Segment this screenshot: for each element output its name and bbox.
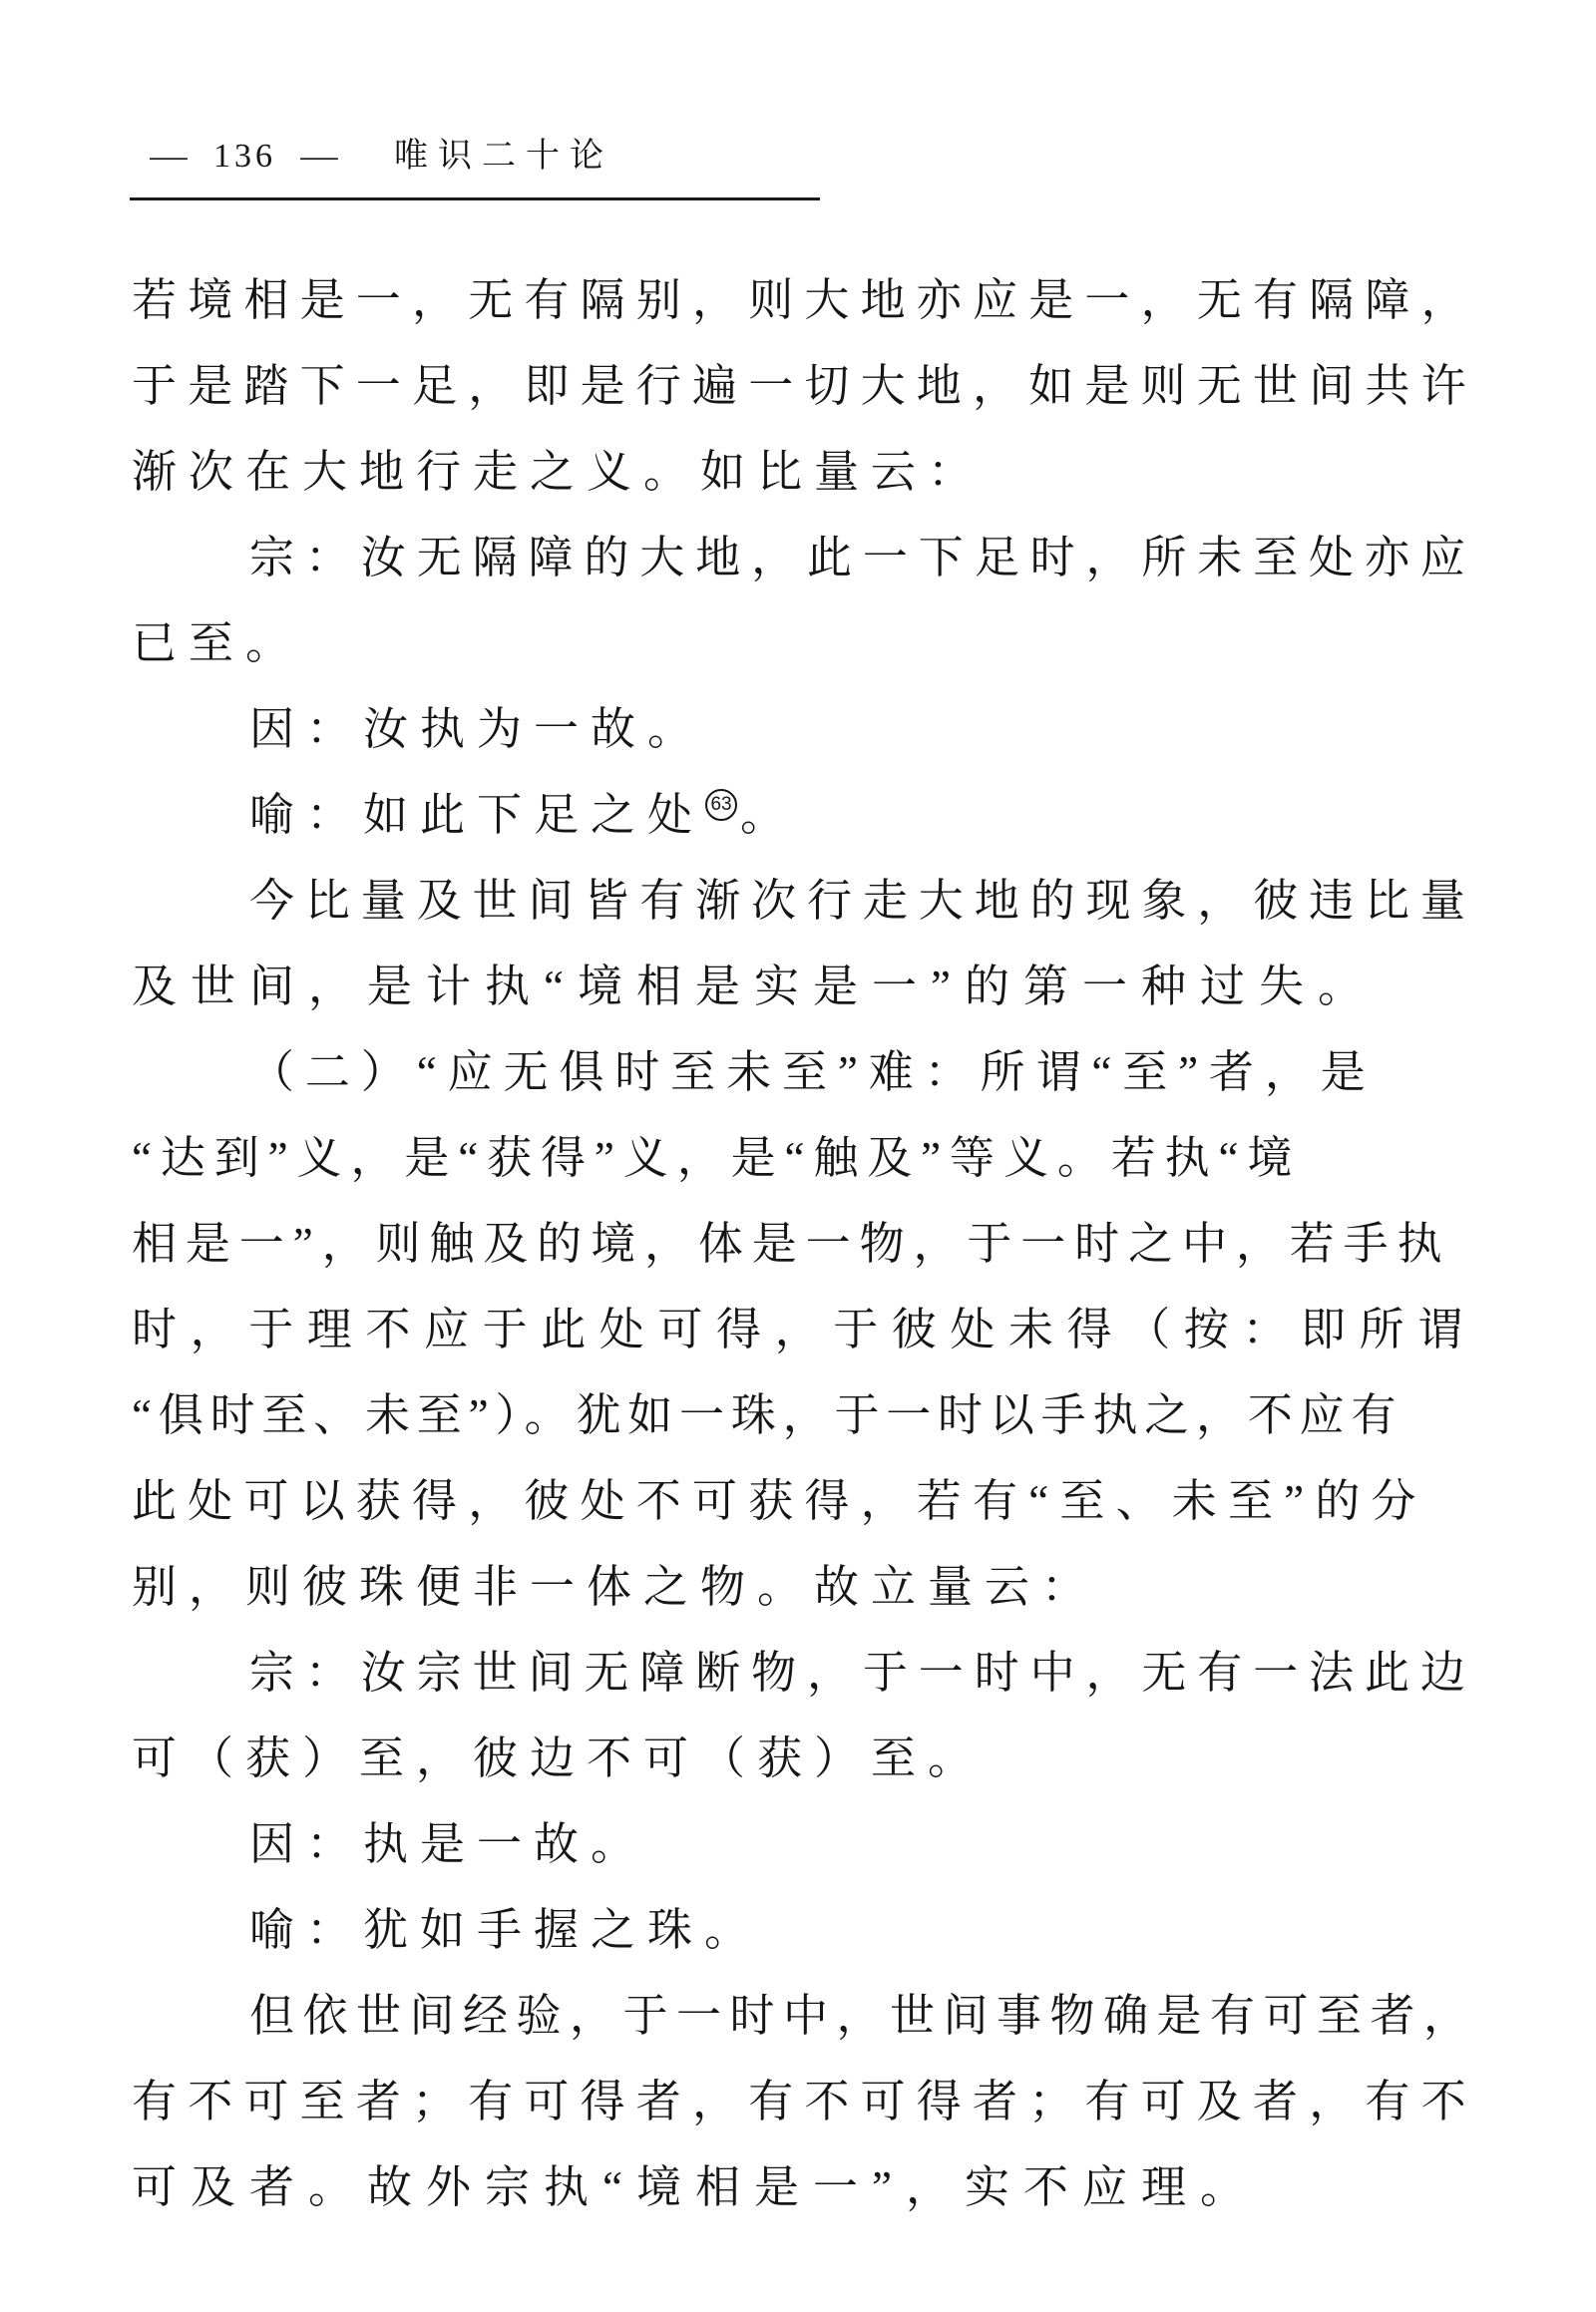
text-line: “俱时至、未至”）。犹如一珠，于一时以手执之，不应有	[132, 1372, 1476, 1458]
header-dash-left: —	[150, 138, 190, 176]
text-run: 已至。	[132, 618, 302, 668]
text-line: 别，则彼珠便非一体之物。故立量云：	[132, 1544, 1476, 1630]
text-run: 及世间，是计执“境相是实是一”的第一种过失。	[132, 962, 1377, 1011]
text-line: 因：执是一故。	[132, 1801, 1476, 1887]
header-dash-right: —	[300, 138, 340, 176]
text-line: 及世间，是计执“境相是实是一”的第一种过失。	[132, 944, 1476, 1029]
text-line: 但依世间经验，于一时中，世间事物确是有可至者，	[132, 1973, 1476, 2059]
text-run: 但依世间经验，于一时中，世间事物确是有可至者，	[249, 1991, 1477, 2041]
text-line: 于是踏下一足，即是行遍一切大地，如是则无世间共许	[132, 343, 1476, 429]
text-run: “达到”义，是“获得”义，是“触及”等义。若执“境	[132, 1133, 1301, 1183]
text-run: 宗：汝无隔障的大地，此一下足时，所未至处亦应	[249, 533, 1476, 582]
scanned-book-page: —136—唯识二十论 若境相是一，无有隔别，则大地亦应是一，无有隔障，于是踏下一…	[0, 0, 1596, 2312]
text-run: 喻：犹如手握之珠。	[249, 1905, 761, 1955]
text-run: 若境相是一，无有隔别，则大地亦应是一，无有隔障，	[132, 275, 1477, 325]
text-run: 别，则彼珠便非一体之物。故立量云：	[132, 1562, 1098, 1612]
text-run: 今比量及世间皆有渐次行走大地的现象，彼违比量	[249, 876, 1476, 926]
text-line: 可（获）至，彼边不可（获）至。	[132, 1716, 1476, 1801]
text-run: 有不可至者；有可得者，有不可得者；有可及者，有不	[132, 2077, 1477, 2126]
text-line: 有不可至者；有可得者，有不可得者；有可及者，有不	[132, 2059, 1476, 2144]
text-run: “俱时至、未至”）。犹如一珠，于一时以手执之，不应有	[132, 1390, 1402, 1440]
text-run: 渐次在大地行走之义。如比量云：	[132, 447, 985, 497]
text-run: （二）“应无俱时至未至”难：所谓“至”者，是	[249, 1047, 1377, 1097]
text-run: 此处可以获得，彼处不可获得，若有“至、未至”的分	[132, 1476, 1427, 1526]
text-run: 相是一”，则触及的境，体是一物，于一时之中，若手执	[132, 1219, 1450, 1269]
text-line: 渐次在大地行走之义。如比量云：	[132, 429, 1476, 515]
text-run: 于是踏下一足，即是行遍一切大地，如是则无世间共许	[132, 361, 1477, 411]
text-line: 宗：汝宗世间无障断物，于一时中，无有一法此边	[132, 1630, 1476, 1716]
header-rule	[130, 197, 820, 200]
text-run: 因：执是一故。	[249, 1819, 647, 1869]
text-line: 已至。	[132, 600, 1476, 686]
text-run: 喻：如此下足之处	[249, 790, 704, 840]
page-number: 136	[213, 138, 276, 175]
text-run: 因：汝执为一故。	[249, 704, 704, 754]
text-line: （二）“应无俱时至未至”难：所谓“至”者，是	[132, 1029, 1476, 1115]
text-line: 因：汝执为一故。	[132, 686, 1476, 772]
text-run: 时，于理不应于此处可得，于彼处未得（按：即所谓	[132, 1305, 1476, 1354]
running-head: —136—唯识二十论	[152, 128, 613, 177]
footnote-marker: 63	[705, 789, 737, 821]
text-line: 相是一”，则触及的境，体是一物，于一时之中，若手执	[132, 1201, 1476, 1287]
text-line: 喻：如此下足之处63。	[132, 772, 1476, 858]
text-line: 若境相是一，无有隔别，则大地亦应是一，无有隔障，	[132, 257, 1476, 343]
text-line: “达到”义，是“获得”义，是“触及”等义。若执“境	[132, 1115, 1476, 1201]
text-run: 宗：汝宗世间无障断物，于一时中，无有一法此边	[249, 1648, 1476, 1698]
book-title: 唯识二十论	[394, 138, 613, 175]
text-run: 可（获）至，彼边不可（获）至。	[132, 1734, 985, 1783]
text-line: 今比量及世间皆有渐次行走大地的现象，彼违比量	[132, 858, 1476, 944]
text-line: 此处可以获得，彼处不可获得，若有“至、未至”的分	[132, 1458, 1476, 1544]
text-line: 时，于理不应于此处可得，于彼处未得（按：即所谓	[132, 1287, 1476, 1372]
text-line: 宗：汝无隔障的大地，此一下足时，所未至处亦应	[132, 515, 1476, 600]
text-run: 可及者。故外宗执“境相是一”，实不应理。	[132, 2162, 1259, 2212]
text-run: 。	[740, 790, 797, 840]
text-line: 可及者。故外宗执“境相是一”，实不应理。	[132, 2144, 1476, 2230]
page-body: 若境相是一，无有隔别，则大地亦应是一，无有隔障，于是踏下一足，即是行遍一切大地，…	[132, 257, 1476, 2230]
text-line: 喻：犹如手握之珠。	[132, 1887, 1476, 1973]
